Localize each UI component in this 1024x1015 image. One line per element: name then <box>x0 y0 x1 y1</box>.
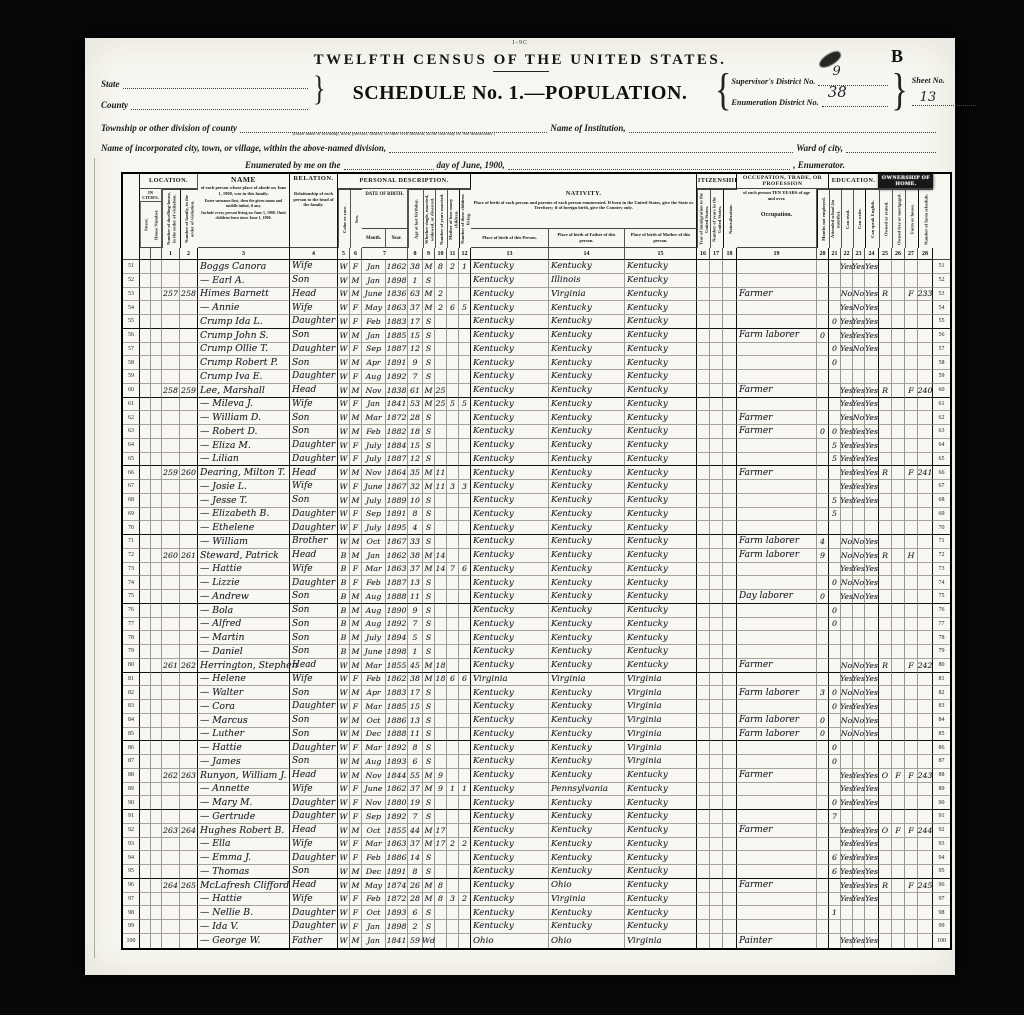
cell-pf: Kentucky <box>549 838 625 852</box>
cell-yu <box>710 810 723 824</box>
row-number: 80 <box>123 659 140 673</box>
cell-ow <box>879 453 892 467</box>
cell-dw <box>162 301 180 315</box>
cell-fh <box>905 618 918 632</box>
cell-street <box>140 851 151 865</box>
cell-rd <box>841 356 853 370</box>
row-number: 92 <box>933 824 950 838</box>
scan-edge-artifact <box>94 158 95 958</box>
cell-fm <box>892 659 905 673</box>
cell-street <box>140 893 151 907</box>
cell-oc: Farm laborer <box>737 535 817 549</box>
cell-oc <box>737 893 817 907</box>
cell-fh <box>905 673 918 687</box>
cell-name: — Gertrude <box>198 810 290 824</box>
cell-cl <box>459 439 471 453</box>
cell-mn <box>817 384 829 398</box>
cell-wr: No <box>853 343 865 357</box>
owned-rented-column-header: Owned or rented. <box>879 189 892 248</box>
column-number: 27 <box>905 248 918 260</box>
cell-pb: Kentucky <box>471 879 549 893</box>
row-number: 57 <box>123 343 140 357</box>
cell-fam <box>180 810 198 824</box>
row-number: 71 <box>123 535 140 549</box>
cell-wr <box>853 604 865 618</box>
cell-mn <box>817 343 829 357</box>
name-note1: of each person whose place of abode on J… <box>198 184 289 197</box>
cell-bm: Oct <box>362 714 386 728</box>
cell-fam: 262 <box>180 659 198 673</box>
cell-dw <box>162 851 180 865</box>
cell-yu <box>710 549 723 563</box>
name-label: NAME <box>231 175 256 184</box>
row-number: 92 <box>123 824 140 838</box>
cell-ym <box>435 411 447 425</box>
cell-fam: 259 <box>180 384 198 398</box>
row-number: 63 <box>933 425 950 439</box>
cell-cb <box>447 728 459 742</box>
cell-pm: Kentucky <box>625 301 697 315</box>
cell-ms: S <box>423 439 435 453</box>
cell-cb <box>447 315 459 329</box>
row-number: 96 <box>123 879 140 893</box>
cell-oc <box>737 700 817 714</box>
cell-ym <box>435 810 447 824</box>
cell-ow <box>879 741 892 755</box>
cell-name: — Helene <box>198 673 290 687</box>
cell-pf: Pennsylvania <box>549 783 625 797</box>
cell-oc <box>737 356 817 370</box>
cell-ym: 25 <box>435 398 447 412</box>
cell-pb: Kentucky <box>471 851 549 865</box>
cell-dw <box>162 453 180 467</box>
cell-sc: 7 <box>829 810 841 824</box>
cell-yu <box>710 288 723 302</box>
cell-im <box>697 865 710 879</box>
cell-pb: Kentucky <box>471 645 549 659</box>
cell-rel: Son <box>290 411 338 425</box>
cell-fam <box>180 480 198 494</box>
cell-cl <box>459 796 471 810</box>
cell-rel: Daughter <box>290 315 338 329</box>
cell-na <box>723 865 737 879</box>
cell-fh <box>905 741 918 755</box>
cell-co: B <box>338 590 350 604</box>
occupation-sub-note: of each person TEN YEARS of age and over… <box>737 189 816 202</box>
cell-pb: Kentucky <box>471 494 549 508</box>
cell-house <box>151 549 162 563</box>
cell-oc <box>737 865 817 879</box>
cell-dw: 258 <box>162 384 180 398</box>
cell-fs: 233 <box>918 288 933 302</box>
cell-pf: Kentucky <box>549 563 625 577</box>
cell-na <box>723 494 737 508</box>
children-born-column-header: Mother of how many children. <box>447 189 459 248</box>
cell-name: — Eliza M. <box>198 439 290 453</box>
cell-wr <box>853 508 865 522</box>
cell-pb: Kentucky <box>471 728 549 742</box>
row-number: 56 <box>933 329 950 343</box>
cell-street <box>140 920 151 934</box>
cell-pf: Kentucky <box>549 769 625 783</box>
can-write-column-header: Can write. <box>853 189 865 248</box>
cell-sx: M <box>350 425 362 439</box>
cell-name: Crump Iva E. <box>198 370 290 384</box>
cell-ag: 37 <box>408 301 423 315</box>
cell-fm <box>892 590 905 604</box>
cell-co: W <box>338 728 350 742</box>
cell-fh <box>905 755 918 769</box>
cell-rel: Son <box>290 425 338 439</box>
cell-ag: 10 <box>408 494 423 508</box>
cell-co: W <box>338 851 350 865</box>
cell-wr: No <box>853 549 865 563</box>
cell-oc <box>737 741 817 755</box>
cell-pb: Kentucky <box>471 535 549 549</box>
cell-cb: 2 <box>447 838 459 852</box>
cell-sx: M <box>350 274 362 288</box>
cell-ow <box>879 494 892 508</box>
cell-co: B <box>338 618 350 632</box>
cell-na <box>723 810 737 824</box>
row-number-header-right <box>933 174 950 260</box>
cell-name: — Josie L. <box>198 480 290 494</box>
cell-im <box>697 796 710 810</box>
column-number: 1 <box>162 248 180 260</box>
cell-cb <box>447 645 459 659</box>
cell-sc <box>829 274 841 288</box>
row-number: 94 <box>933 851 950 865</box>
cell-ag: 12 <box>408 453 423 467</box>
cell-pb: Kentucky <box>471 370 549 384</box>
cell-oc: Farmer <box>737 384 817 398</box>
cell-sx: M <box>350 659 362 673</box>
cell-rd: No <box>841 549 853 563</box>
row-number: 56 <box>123 329 140 343</box>
years-married-column-header: Number of years married. <box>435 189 447 248</box>
cell-co: W <box>338 810 350 824</box>
cell-cl <box>459 604 471 618</box>
cell-fm <box>892 549 905 563</box>
cell-by: 1863 <box>386 838 408 852</box>
cell-yu <box>710 755 723 769</box>
cell-fam <box>180 508 198 522</box>
cell-ym: 14 <box>435 549 447 563</box>
cell-ym <box>435 865 447 879</box>
cell-pf: Kentucky <box>549 535 625 549</box>
cell-by: 1892 <box>386 370 408 384</box>
cell-na <box>723 288 737 302</box>
row-number: 72 <box>933 549 950 563</box>
cell-sc <box>829 549 841 563</box>
cell-sx: F <box>350 920 362 934</box>
cell-ym <box>435 315 447 329</box>
cell-fam <box>180 370 198 384</box>
cell-cb <box>447 576 459 590</box>
cell-en: Yes <box>865 865 879 879</box>
cell-sx: M <box>350 714 362 728</box>
cell-sx: M <box>350 329 362 343</box>
cell-ag: 11 <box>408 728 423 742</box>
cell-wr: Yes <box>853 824 865 838</box>
cell-co: W <box>338 288 350 302</box>
cell-ag: 37 <box>408 783 423 797</box>
cell-co: W <box>338 755 350 769</box>
cell-cl <box>459 590 471 604</box>
row-number: 54 <box>933 301 950 315</box>
cell-house <box>151 755 162 769</box>
row-number: 67 <box>123 480 140 494</box>
cell-mn <box>817 824 829 838</box>
cell-by: 1872 <box>386 411 408 425</box>
cell-im <box>697 851 710 865</box>
cell-fh <box>905 343 918 357</box>
cell-oc <box>737 370 817 384</box>
cell-rel: Brother <box>290 535 338 549</box>
cell-im <box>697 893 710 907</box>
state-label: State <box>101 79 120 89</box>
cell-fh <box>905 728 918 742</box>
cell-name: — James <box>198 755 290 769</box>
cell-fh <box>905 714 918 728</box>
cell-dw: 260 <box>162 549 180 563</box>
cell-yu <box>710 618 723 632</box>
cell-en <box>865 631 879 645</box>
cell-pm: Kentucky <box>625 549 697 563</box>
cell-yu <box>710 301 723 315</box>
cell-pf: Kentucky <box>549 260 625 274</box>
cell-ms: S <box>423 425 435 439</box>
cell-fam <box>180 356 198 370</box>
cell-street <box>140 700 151 714</box>
cell-ow <box>879 315 892 329</box>
cell-oc <box>737 521 817 535</box>
cell-pf: Kentucky <box>549 411 625 425</box>
cell-yu <box>710 741 723 755</box>
cell-bm: Oct <box>362 535 386 549</box>
cell-na <box>723 563 737 577</box>
cell-ms: M <box>423 301 435 315</box>
cell-cl <box>459 934 471 948</box>
cell-pf: Kentucky <box>549 494 625 508</box>
cell-fs <box>918 370 933 384</box>
cell-wr <box>853 521 865 535</box>
cell-fh <box>905 590 918 604</box>
house-number-column-header: House Number. <box>151 202 161 247</box>
cell-cl <box>459 824 471 838</box>
scanned-census-page: 1-9C TWELFTH CENSUS OF THE UNITED STATES… <box>0 0 1024 1015</box>
cell-ag: 14 <box>408 851 423 865</box>
cell-im <box>697 631 710 645</box>
cell-house <box>151 535 162 549</box>
cell-co: W <box>338 783 350 797</box>
row-number: 97 <box>933 893 950 907</box>
cell-fs <box>918 535 933 549</box>
cell-ow <box>879 563 892 577</box>
cell-fm <box>892 398 905 412</box>
cell-yu <box>710 714 723 728</box>
cell-sx: F <box>350 563 362 577</box>
cell-yu <box>710 865 723 879</box>
cell-by: 1892 <box>386 618 408 632</box>
cell-fm <box>892 714 905 728</box>
cell-mn: 0 <box>817 329 829 343</box>
row-number: 59 <box>123 370 140 384</box>
cell-fs: 245 <box>918 879 933 893</box>
cell-rd <box>841 741 853 755</box>
column-number: 10 <box>435 248 447 260</box>
cell-na <box>723 645 737 659</box>
cell-mn <box>817 356 829 370</box>
cell-wr: Yes <box>853 934 865 948</box>
row-number: 91 <box>933 810 950 824</box>
cell-na <box>723 508 737 522</box>
cell-pm: Kentucky <box>625 288 697 302</box>
cell-pb: Kentucky <box>471 618 549 632</box>
relation-label: RELATION. <box>293 175 333 182</box>
cell-cb <box>447 934 459 948</box>
cell-oc <box>737 783 817 797</box>
cell-fam <box>180 714 198 728</box>
cell-yu <box>710 604 723 618</box>
cell-dw <box>162 934 180 948</box>
row-number: 79 <box>123 645 140 659</box>
cell-by: 1880 <box>386 796 408 810</box>
cell-cl: 3 <box>459 480 471 494</box>
cell-pb: Kentucky <box>471 769 549 783</box>
cell-ms: S <box>423 576 435 590</box>
row-number: 74 <box>933 576 950 590</box>
cell-oc <box>737 673 817 687</box>
cell-house <box>151 810 162 824</box>
cell-house <box>151 274 162 288</box>
cell-street <box>140 796 151 810</box>
cell-cl <box>459 508 471 522</box>
cell-fs <box>918 576 933 590</box>
birth-month-header: Month. <box>362 229 386 248</box>
township-note: [Insert name of township, town, precinct… <box>265 131 523 136</box>
row-number: 57 <box>933 343 950 357</box>
cell-by: 1863 <box>386 563 408 577</box>
row-number: 77 <box>933 618 950 632</box>
cell-sx: F <box>350 398 362 412</box>
cell-house <box>151 398 162 412</box>
cell-rel: Wife <box>290 673 338 687</box>
cell-ms: S <box>423 810 435 824</box>
cell-yu <box>710 728 723 742</box>
cell-ow <box>879 851 892 865</box>
family-number-column-header: Number of family, in the order of visita… <box>180 189 198 248</box>
cell-sx: M <box>350 288 362 302</box>
cell-sx: F <box>350 838 362 852</box>
cell-fam <box>180 343 198 357</box>
cell-fs: 241 <box>918 466 933 480</box>
dwelling-number-column-header: Number of dwelling-house, in the order o… <box>162 189 180 248</box>
cell-house <box>151 288 162 302</box>
cell-oc <box>737 906 817 920</box>
cell-pf: Kentucky <box>549 576 625 590</box>
cell-wr: Yes <box>853 700 865 714</box>
cell-oc: Farm laborer <box>737 686 817 700</box>
cell-street <box>140 384 151 398</box>
cell-house <box>151 439 162 453</box>
cell-pm: Kentucky <box>625 810 697 824</box>
cell-ag: 11 <box>408 590 423 604</box>
cell-sx: M <box>350 604 362 618</box>
cell-cb <box>447 755 459 769</box>
cell-ms: M <box>423 893 435 907</box>
cell-bm: Sep <box>362 508 386 522</box>
cell-street <box>140 398 151 412</box>
cell-pm: Kentucky <box>625 370 697 384</box>
column-number: 16 <box>697 248 710 260</box>
cell-cl <box>459 576 471 590</box>
cell-fam: 265 <box>180 879 198 893</box>
cell-oc <box>737 755 817 769</box>
cell-sx: M <box>350 934 362 948</box>
cell-name: — Robert D. <box>198 425 290 439</box>
cell-sx: F <box>350 810 362 824</box>
cell-na <box>723 879 737 893</box>
cell-ym <box>435 686 447 700</box>
cell-ag: 7 <box>408 370 423 384</box>
cell-en: Yes <box>865 288 879 302</box>
cell-ms: S <box>423 604 435 618</box>
cell-by: 1894 <box>386 631 408 645</box>
cell-pm: Kentucky <box>625 796 697 810</box>
cell-bm: July <box>362 521 386 535</box>
cell-dw: 259 <box>162 466 180 480</box>
district-block: { Supervisor's District No. 9 Enumeratio… <box>715 74 976 108</box>
cell-wr: Yes <box>853 398 865 412</box>
cell-house <box>151 906 162 920</box>
cell-dw <box>162 356 180 370</box>
cell-fh <box>905 370 918 384</box>
cell-sc <box>829 659 841 673</box>
cell-name: — Walter <box>198 686 290 700</box>
row-number: 91 <box>123 810 140 824</box>
cell-fm <box>892 604 905 618</box>
cell-pf: Virginia <box>549 288 625 302</box>
cell-by: 1884 <box>386 439 408 453</box>
cell-cl <box>459 329 471 343</box>
cell-yu <box>710 700 723 714</box>
cell-pb: Kentucky <box>471 425 549 439</box>
cell-rel: Son <box>290 618 338 632</box>
cell-en: Yes <box>865 329 879 343</box>
cell-fam <box>180 783 198 797</box>
cell-ow: O <box>879 824 892 838</box>
column-number: 3 <box>198 248 290 260</box>
cell-co: B <box>338 645 350 659</box>
cell-ms: S <box>423 700 435 714</box>
cell-sc <box>829 631 841 645</box>
cell-fm <box>892 796 905 810</box>
cell-pm: Kentucky <box>625 893 697 907</box>
cell-pm: Kentucky <box>625 453 697 467</box>
row-number: 51 <box>933 260 950 274</box>
cell-street <box>140 604 151 618</box>
cell-by: 1887 <box>386 576 408 590</box>
cell-pm: Kentucky <box>625 824 697 838</box>
cell-yu <box>710 879 723 893</box>
cell-dw <box>162 425 180 439</box>
cell-fh <box>905 686 918 700</box>
cell-cb: 5 <box>447 398 459 412</box>
cell-ow <box>879 728 892 742</box>
cell-mn <box>817 879 829 893</box>
cell-co: B <box>338 631 350 645</box>
